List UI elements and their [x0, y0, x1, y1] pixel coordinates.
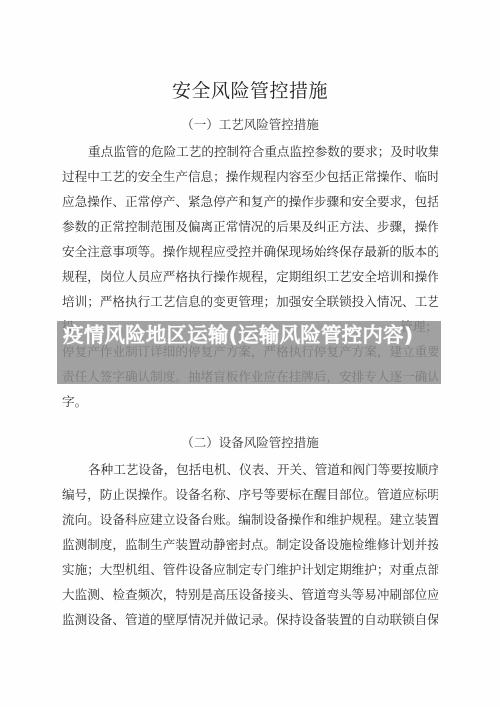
text-line: 应急操作、正常停产、紧急停产和复产的操作步骤和安全要求，包括工艺: [62, 189, 438, 214]
text-line: 实施；大型机组、管件设备应制定专门维护计划定期维护；对重点部位加: [62, 557, 438, 582]
text-line: 流向。设备科应建立设备台账。编制设备操作和维护规程。建立装置泄漏: [62, 507, 438, 532]
text-line: 安全注意事项等。操作规程应受控并确保现场始终保存最新的版本的操作: [62, 239, 438, 264]
text-line: 监测制度，监制生产装置动静密封点。制定设备设施检维修计划并按计划: [62, 532, 438, 557]
text-line: 参数的正常控制范围及偏离正常情况的后果及纠正方法、步骤，操作过程: [62, 214, 438, 239]
text-line: 各种工艺设备，包括电机、仪表、开关、管道和阀门等要按顺序统一: [62, 457, 438, 482]
caption-overlay-text: 疫情风险地区运输(运输风险管控内容): [63, 322, 433, 348]
text-line: 大监测、检查频次，特别是高压设备接头、管道弯头等易冲刷部位应定期: [62, 582, 438, 607]
text-line: 规程，岗位人员应严格执行操作规程，定期组织工艺安全培训和操作技能: [62, 264, 438, 289]
text-line: 字。: [62, 389, 438, 414]
document-title: 安全风险管控措施: [0, 76, 500, 103]
text-line: 过程中工艺的安全生产信息；操作规程内容至少包括正常操作、临时操作、: [62, 164, 438, 189]
document-page: 安全风险管控措施 （一）工艺风险管控措施 重点监管的危险工艺的控制符合重点监控参…: [0, 0, 500, 707]
text-line: 编号，防止误操作。设备名称、序号等要标在醒目部位。管道应标明介质、: [62, 482, 438, 507]
section-heading-equipment: （二）设备风险管控措施: [0, 433, 500, 451]
text-line: 重点监管的危险工艺的控制符合重点监控参数的要求；及时收集生产: [62, 139, 438, 164]
section-heading-process: （一）工艺风险管控措施: [0, 115, 500, 133]
paragraph-equipment-risk: 各种工艺设备，包括电机、仪表、开关、管道和阀门等要按顺序统一 编号，防止误操作。…: [62, 457, 438, 632]
text-line: 监测设备、管道的壁厚情况并做记录。保持设备装置的自动联锁自保护及: [62, 607, 438, 632]
text-line: 培训；严格执行工艺信息的变更管理；加强安全联锁投入情况、工艺指标: [62, 289, 438, 314]
